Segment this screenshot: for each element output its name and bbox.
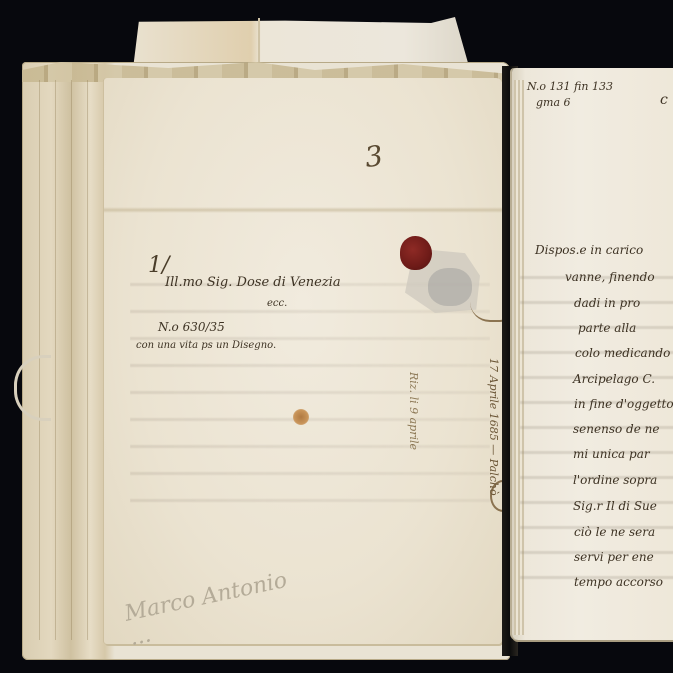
binding-tie-loop: [14, 355, 51, 421]
vertical-docket-note: 17 Aprile 1685 — Palchò: [487, 358, 500, 496]
seal-imprint-shadow: [428, 268, 472, 306]
letter-line: senenso de ne: [573, 422, 659, 436]
enclosure-note: con una vita ps un Disegno.: [136, 340, 276, 351]
document-reference-number: N.o 630/35: [158, 320, 225, 334]
vertical-received-note: Riz. li 9 aprile: [407, 372, 420, 450]
right-header-corner-mark: c: [660, 92, 668, 108]
address-recipient: Ill.mo Sig. Dose di Venezia: [165, 275, 341, 290]
letter-line: ciò le ne sera: [574, 525, 655, 539]
letter-line: Arcipelago C.: [573, 372, 655, 386]
letter-line: Sig.r Il di Sue: [573, 499, 657, 513]
letter-line: Dispos.e in carico: [535, 243, 643, 257]
foxing-stain: [293, 409, 309, 425]
letter-line: l'ordine sopra: [573, 473, 657, 487]
letter-line: mi unica par: [573, 447, 650, 461]
letter-line: dadi in pro: [574, 296, 640, 310]
letter-line: parte alla: [578, 321, 636, 335]
manuscript-photo: 3 1/ Ill.mo Sig. Dose di Venezia ecc. N.…: [0, 0, 673, 673]
letter-line: in fine d'oggetto: [574, 397, 673, 411]
right-header-subline: gma 6: [536, 96, 571, 109]
letter-line: servi per ene: [574, 550, 654, 564]
red-wax-seal: [400, 236, 432, 270]
right-header-number: N.o 131 fin 133: [527, 80, 613, 93]
letter-line: colo medicando: [575, 346, 670, 360]
letter-line: tempo accorso: [574, 575, 663, 589]
address-etc: ecc.: [267, 298, 287, 309]
letter-line: vanne, finendo: [565, 270, 655, 284]
horizontal-fold-line: [104, 207, 502, 213]
